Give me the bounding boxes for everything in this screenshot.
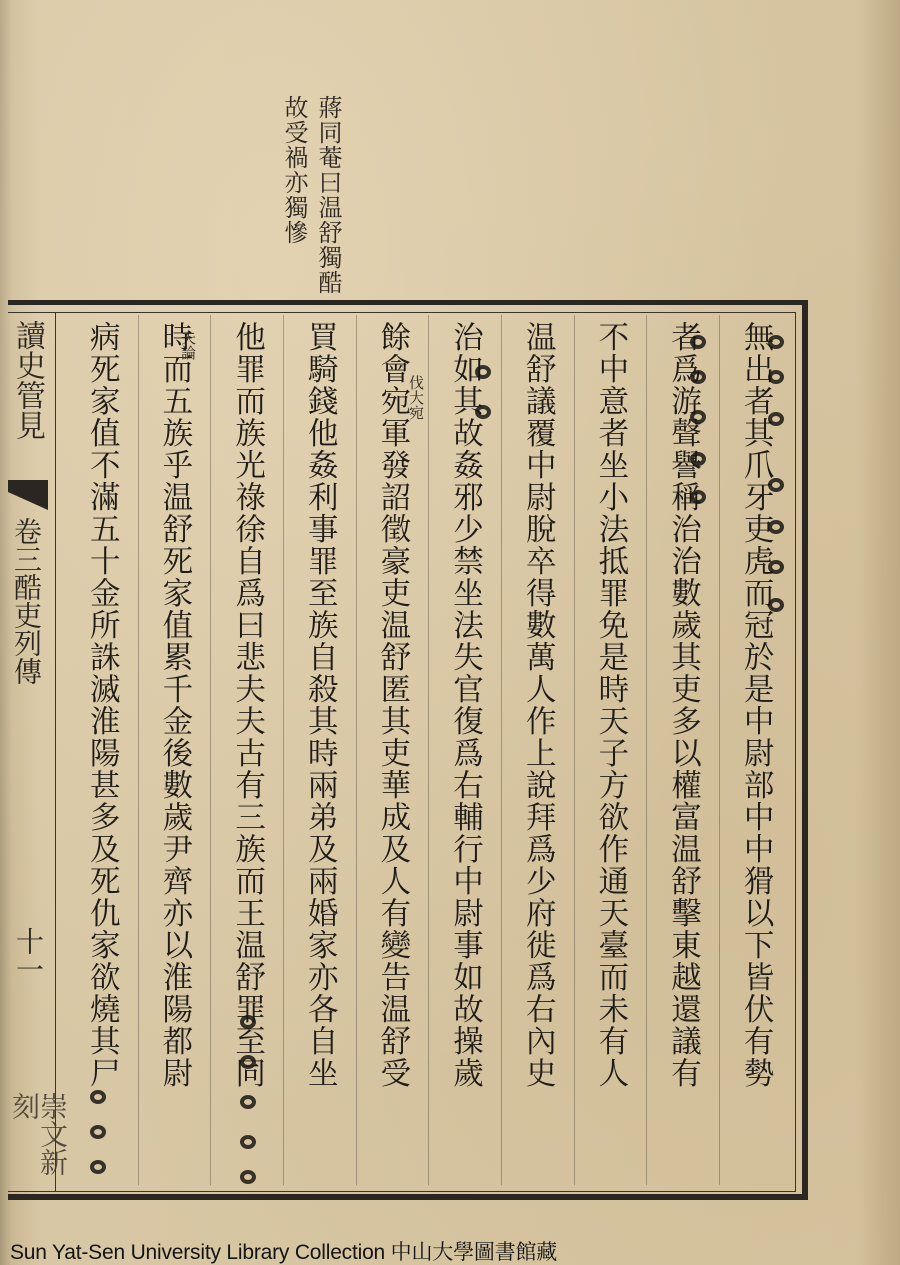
commentary-line-1: 蔣同菴曰温舒獨酷 — [316, 95, 340, 305]
emphasis-circle-icon — [768, 335, 784, 349]
emphasis-circle-icon — [690, 370, 706, 384]
text-column: 温舒議覆中尉脫卒得數萬人作上說拜爲少府徙爲右內史 — [501, 315, 572, 1185]
emphasis-circle-icon — [90, 1160, 106, 1174]
text-column: 者爲游聲譽稱治治數歲其吏多以權富温舒擊東越還議有 — [646, 315, 717, 1185]
top-margin-commentary: 蔣同菴曰温舒獨酷 故受禍亦獨慘 — [240, 95, 340, 305]
emphasis-circle-icon — [768, 520, 784, 534]
emphasis-circle-icon — [475, 365, 491, 379]
text-column-content: 無出者其爪牙吏虎而冠於是中尉部中中猾以下皆伏有勢 — [740, 315, 771, 1185]
text-column-content: 病死家值不滿五十金所誅滅淮陽甚多及死仇家欲燒其尸 — [86, 315, 117, 1185]
text-column: 病死家值不滿五十金所誅滅淮陽甚多及死仇家欲燒其尸 — [66, 315, 136, 1185]
book-title: 讀史管見 — [12, 320, 42, 440]
text-column: 買騎錢他姦利事罪至族自殺其時兩弟及兩婚家亦各自坐 — [283, 315, 354, 1185]
text-column: 時而五族乎温舒死家值累千金後數歲尹齊亦以淮陽都尉 — [138, 315, 209, 1185]
publisher-mark: 崇文新刻 — [10, 1092, 66, 1192]
text-column: 不中意者坐小法抵罪免是時天子方欲作通天臺而未有人 — [574, 315, 645, 1185]
text-column-content: 餘會宛軍發詔徵豪吏温舒匿其吏華成及人有變告温舒受 — [376, 315, 407, 1185]
page-number: 十一 — [14, 927, 42, 983]
text-column-content: 治如其故姦邪少禁坐法失官復爲右輔行中尉事如故操歲 — [449, 315, 480, 1185]
text-column-content: 温舒議覆中尉脫卒得數萬人作上說拜爲少府徙爲右內史 — [522, 315, 553, 1185]
emphasis-circle-icon — [690, 410, 706, 424]
text-column-content: 買騎錢他姦利事罪至族自殺其時兩弟及兩婚家亦各自坐 — [304, 315, 335, 1185]
emphasis-circle-icon — [768, 412, 784, 426]
page-edge-shadow — [855, 0, 900, 1265]
text-column: 餘會宛軍發詔徵豪吏温舒匿其吏華成及人有變告温舒受 — [356, 315, 427, 1185]
emphasis-circle-icon — [690, 335, 706, 349]
emphasis-circle-icon — [90, 1125, 106, 1139]
text-column-content: 者爲游聲譽稱治治數歲其吏多以權富温舒擊東越還議有 — [667, 315, 698, 1185]
emphasis-circle-icon — [768, 478, 784, 492]
emphasis-circle-icon — [90, 1090, 106, 1104]
fishtail-mark-icon — [8, 480, 48, 510]
chapter-title: 卷三酷吏列傳 — [12, 517, 40, 685]
emphasis-circle-icon — [240, 1095, 256, 1109]
text-column-content: 不中意者坐小法抵罪免是時天子方欲作通天臺而未有人 — [594, 315, 625, 1185]
emphasis-circle-icon — [475, 405, 491, 419]
emphasis-circle-icon — [240, 1170, 256, 1184]
emphasis-circle-icon — [240, 1055, 256, 1069]
interlinear-note: 夫論 — [180, 330, 195, 360]
center-fold-margin: 讀史管見 卷三酷吏列傳 十一 崇文新刻 — [8, 312, 56, 1192]
emphasis-circle-icon — [690, 490, 706, 504]
interlinear-note: 伐大宛 — [408, 375, 423, 420]
emphasis-circle-icon — [768, 370, 784, 384]
text-column: 治如其故姦邪少禁坐法失官復爲右輔行中尉事如故操歲 — [428, 315, 499, 1185]
emphasis-circle-icon — [768, 598, 784, 612]
emphasis-circle-icon — [690, 452, 706, 466]
library-credit: Sun Yat-Sen University Library Collectio… — [10, 1236, 557, 1265]
text-column-content: 時而五族乎温舒死家值累千金後數歲尹齊亦以淮陽都尉 — [158, 315, 189, 1185]
emphasis-circle-icon — [240, 1015, 256, 1029]
text-column: 無出者其爪牙吏虎而冠於是中尉部中中猾以下皆伏有勢 — [719, 315, 790, 1185]
main-text-columns: 無出者其爪牙吏虎而冠於是中尉部中中猾以下皆伏有勢 者爲游聲譽稱治治數歲其吏多以權… — [60, 315, 802, 1195]
commentary-line-2: 故受禍亦獨慘 — [282, 95, 306, 305]
emphasis-circle-icon — [240, 1135, 256, 1149]
emphasis-circle-icon — [768, 560, 784, 574]
